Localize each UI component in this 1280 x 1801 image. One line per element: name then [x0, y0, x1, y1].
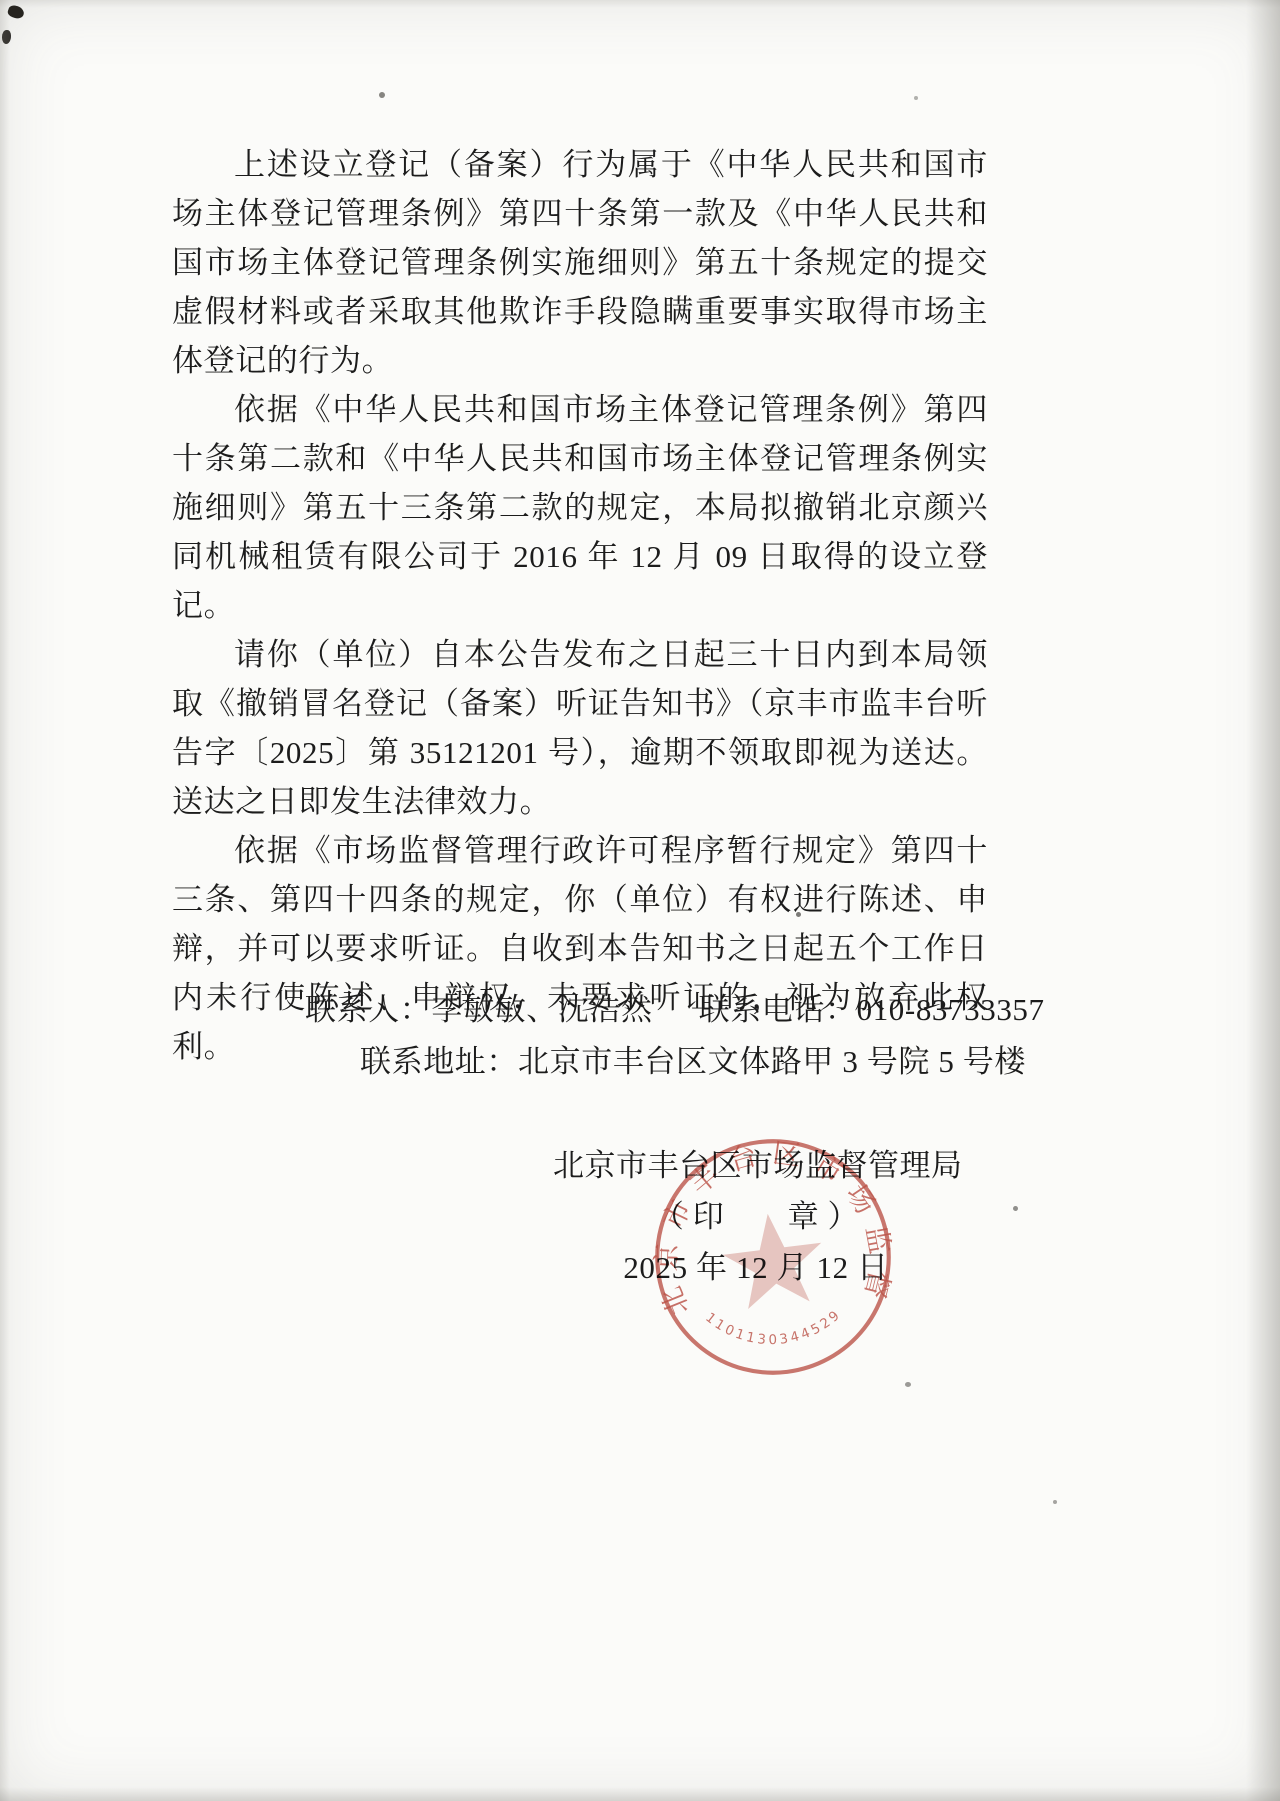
contact-phone-label: 联系电话：	[699, 992, 857, 1027]
scan-shadow-top	[0, 0, 1280, 8]
scan-speck	[796, 912, 801, 917]
contact-phone-number: 010-83733357	[857, 992, 1045, 1027]
paragraph-violation-finding: 上述设立登记（备案）行为属于《中华人民共和国市场主体登记管理条例》第四十条第一款…	[172, 140, 988, 385]
contact-line-person-phone: 联系人：李敏敏、沈浩然联系电话：010-83733357	[172, 984, 1032, 1036]
scan-shadow-bottom	[0, 1787, 1280, 1801]
notice-body: 上述设立登记（备案）行为属于《中华人民共和国市场主体登记管理条例》第四十条第一款…	[172, 140, 988, 1071]
contact-address-label: 联系地址：	[360, 1044, 518, 1079]
contact-block: 联系人：李敏敏、沈浩然联系电话：010-83733357 联系地址：北京市丰台区…	[172, 984, 1032, 1088]
contact-person-label: 联系人：	[305, 992, 431, 1027]
scan-speck	[379, 92, 385, 98]
svg-text:1101130344529: 1101130344529	[701, 1294, 848, 1357]
seal-star-icon	[718, 1208, 828, 1311]
contact-line-address: 联系地址：北京市丰台区文体路甲 3 号院 5 号楼	[172, 1036, 1032, 1088]
scan-speck	[914, 96, 918, 100]
scan-speck	[1053, 1500, 1057, 1504]
contact-address: 北京市丰台区文体路甲 3 号院 5 号楼	[518, 1044, 1026, 1079]
scan-speck	[1013, 1206, 1018, 1211]
scan-shadow-left	[0, 0, 10, 1801]
scan-shadow-right	[1246, 0, 1280, 1801]
document-page: 上述设立登记（备案）行为属于《中华人民共和国市场主体登记管理条例》第四十条第一款…	[0, 0, 1280, 1801]
paragraph-hearing-notice-pickup: 请你（单位）自本公告发布之日起三十日内到本局领取《撤销冒名登记（备案）听证告知书…	[172, 630, 988, 826]
contact-person-names: 李敏敏、沈浩然	[431, 992, 652, 1027]
official-seal: 北京市丰台区市场监督管理局 1101130344529	[600, 1084, 945, 1429]
paragraph-revocation-basis: 依据《中华人民共和国市场主体登记管理条例》第四十条第二款和《中华人民共和国市场主…	[172, 385, 988, 630]
scan-speck	[905, 1382, 911, 1387]
seal-serial-number: 1101130344529	[701, 1294, 848, 1357]
